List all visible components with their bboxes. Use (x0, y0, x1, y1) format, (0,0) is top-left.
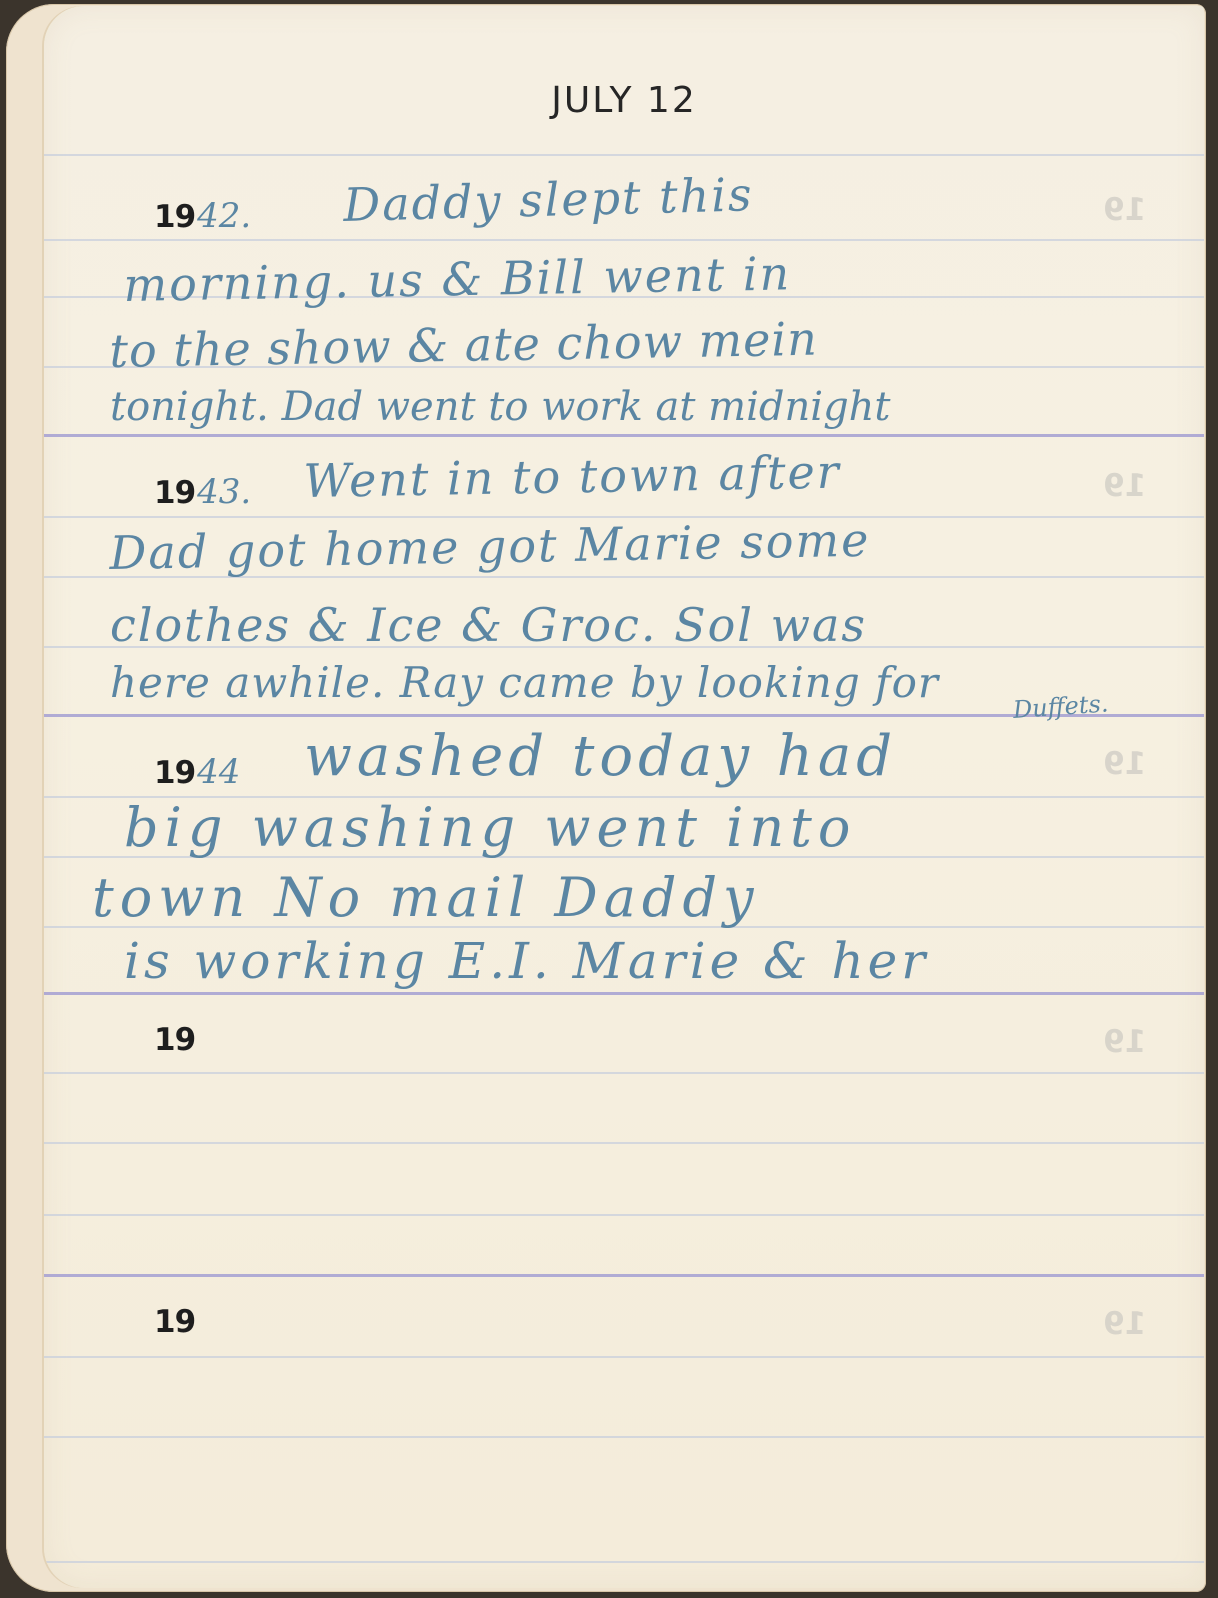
handwritten-year: 43. (197, 472, 251, 512)
entry-year: 1942. (154, 196, 251, 236)
diary-book: JULY 12 19 19 19 19 19 1942. (0, 0, 1218, 1598)
bleed-through-year: 19 (1103, 1306, 1146, 1342)
printed-year: 19 (154, 1022, 195, 1058)
section-divider (44, 992, 1204, 995)
handwritten-line: tonight. Dad went to work at midnight (110, 384, 891, 430)
bleed-through-year: 19 (1103, 1024, 1146, 1060)
handwritten-line: Daddy slept this (343, 167, 755, 232)
entry-year: 19 (154, 1022, 195, 1058)
handwritten-year: 42. (197, 196, 251, 236)
handwritten-line: morning. us & Bill went in (123, 246, 791, 312)
section-divider (44, 1274, 1204, 1277)
handwritten-line: clothes & Ice & Groc. Sol was (110, 598, 867, 652)
ruled-line (44, 154, 1204, 156)
printed-year: 19 (154, 475, 195, 511)
handwritten-year: 44 (197, 752, 240, 792)
page-title: JULY 12 (44, 80, 1204, 121)
handwritten-line: is working E.I. Marie & her (124, 932, 929, 990)
section-divider (44, 434, 1204, 437)
bleed-through-year: 19 (1103, 468, 1146, 504)
ruled-line (44, 1561, 1204, 1563)
handwritten-line: town No mail Daddy (92, 866, 760, 929)
ruled-line (44, 1142, 1204, 1144)
ruled-line (44, 1072, 1204, 1074)
bleed-through-year: 19 (1103, 746, 1146, 782)
bleed-through-year: 19 (1103, 192, 1146, 228)
handwritten-line: big washing went into (124, 796, 856, 859)
handwritten-line: here awhile. Ray came by looking for (110, 658, 939, 707)
ruled-line (44, 1214, 1204, 1216)
handwritten-line: Went in to town after (303, 445, 841, 508)
handwritten-annotation: Duffets. (1012, 689, 1109, 724)
entry-year: 1943. (154, 472, 251, 512)
handwritten-line: Dad got home got Marie some (109, 513, 871, 580)
entry-year: 19 (154, 1304, 195, 1340)
printed-year: 19 (154, 1304, 195, 1340)
diary-page: JULY 12 19 19 19 19 19 1942. (44, 6, 1204, 1588)
ruled-line (44, 1356, 1204, 1358)
printed-year: 19 (154, 755, 195, 791)
handwritten-line: to the show & ate chow mein (109, 312, 818, 378)
ruled-line (44, 239, 1204, 241)
handwritten-line: washed today had (304, 724, 897, 789)
ruled-line (44, 1436, 1204, 1438)
entry-year: 1944 (154, 752, 240, 792)
printed-year: 19 (154, 199, 195, 235)
